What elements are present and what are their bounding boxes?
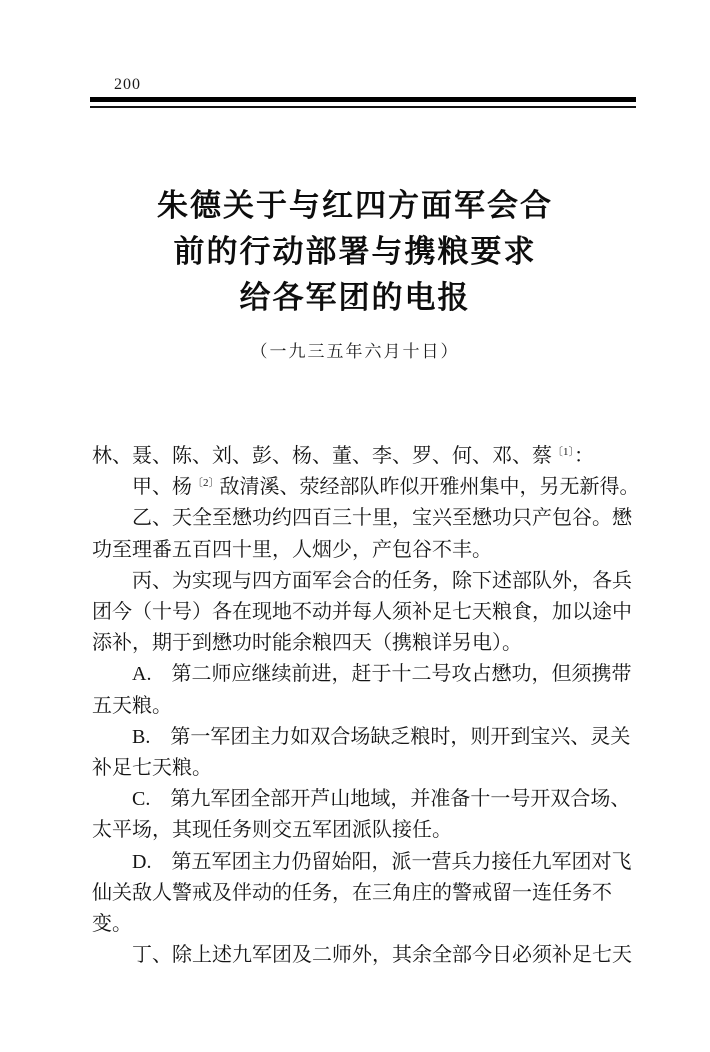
body-line-text: 林、聂、陈、刘、彭、杨、董、李、罗、何、邓、蔡: [92, 445, 552, 467]
body-line: C. 第九军团全部开芦山地域，并准备十一号开双合场、: [92, 784, 627, 815]
body-line: D. 第五军团主力仍留始阳，派一营兵力接任九军团对飞: [92, 847, 627, 878]
body-line: 补足七天粮。: [92, 753, 627, 784]
header-rule-thin: [90, 106, 636, 108]
document-title: 朱德关于与红四方面军会合 前的行动部署与携粮要求 给各军团的电报: [0, 0, 710, 321]
body-line-text: ：: [574, 445, 594, 467]
header-rule-thick: [90, 97, 636, 102]
body-line-text: 仙关敌人警戒及伴动的任务，在三角庄的警戒留一连任务不: [92, 882, 612, 904]
body-line: 仙关敌人警戒及伴动的任务，在三角庄的警戒留一连任务不: [92, 878, 627, 909]
footnote-marker: 〔2〕: [192, 477, 220, 489]
body-line-text: 敌清溪、荥经部队昨似开雅州集中，另无新得。: [220, 476, 640, 498]
body-line-text: D. 第五军团主力仍留始阳，派一营兵力接任九军团对飞: [132, 851, 631, 873]
body-line: 丙、为实现与四方面军会合的任务，除下述部队外，各兵: [92, 566, 627, 597]
body-line-text: 变。: [92, 913, 132, 935]
body-line: 团今（十号）各在现地不动并每人须补足七天粮食，加以途中: [92, 597, 627, 628]
body-line-text: 团今（十号）各在现地不动并每人须补足七天粮食，加以途中: [92, 601, 632, 623]
title-line-2: 前的行动部署与携粮要求: [0, 229, 710, 275]
body-line-text: A. 第二师应继续前进，赶于十二号攻占懋功，但须携带: [132, 663, 631, 685]
body-line-text: B. 第一军团主力如双合场缺乏粮时，则开到宝兴、灵关: [132, 726, 630, 748]
footnote-marker: 〔1〕: [552, 446, 574, 458]
body-text: 林、聂、陈、刘、彭、杨、董、李、罗、何、邓、蔡〔1〕：甲、杨〔2〕敌清溪、荥经部…: [92, 441, 627, 971]
body-line-text: 太平场，其现任务则交五军团派队接任。: [92, 819, 452, 841]
body-line: 甲、杨〔2〕敌清溪、荥经部队昨似开雅州集中，另无新得。: [92, 472, 627, 503]
page-number: 200: [114, 76, 141, 94]
body-line: 变。: [92, 909, 627, 940]
body-line: 太平场，其现任务则交五军团派队接任。: [92, 815, 627, 846]
body-line: 五天粮。: [92, 691, 627, 722]
document-date: （一九三五年六月十日）: [0, 337, 710, 362]
body-line: A. 第二师应继续前进，赶于十二号攻占懋功，但须携带: [92, 659, 627, 690]
body-line-text: 丙、为实现与四方面军会合的任务，除下述部队外，各兵: [132, 570, 632, 592]
title-line-1: 朱德关于与红四方面军会合: [0, 183, 710, 229]
body-line: 乙、天全至懋功约四百三十里，宝兴至懋功只产包谷。懋: [92, 503, 627, 534]
body-line-text: 丁、除上述九军团及二师外，其余全部今日必须补足七天: [132, 944, 632, 966]
title-line-3: 给各军团的电报: [0, 275, 710, 321]
body-line: 添补，期于到懋功时能余粮四天（携粮详另电）。: [92, 628, 627, 659]
body-line-text: 添补，期于到懋功时能余粮四天（携粮详另电）。: [92, 632, 522, 654]
body-line: 林、聂、陈、刘、彭、杨、董、李、罗、何、邓、蔡〔1〕：: [92, 441, 627, 472]
body-line-text: 甲、杨: [132, 476, 192, 498]
body-line: 功至理番五百四十里，人烟少，产包谷不丰。: [92, 535, 627, 566]
body-line: 丁、除上述九军团及二师外，其余全部今日必须补足七天: [92, 940, 627, 971]
body-line-text: 补足七天粮。: [92, 757, 212, 779]
body-line: B. 第一军团主力如双合场缺乏粮时，则开到宝兴、灵关: [92, 722, 627, 753]
body-line-text: 乙、天全至懋功约四百三十里，宝兴至懋功只产包谷。懋: [132, 507, 632, 529]
book-page: 200 朱德关于与红四方面军会合 前的行动部署与携粮要求 给各军团的电报 （一九…: [0, 0, 710, 1052]
body-line-text: 五天粮。: [92, 695, 172, 717]
body-line-text: 功至理番五百四十里，人烟少，产包谷不丰。: [92, 539, 492, 561]
body-line-text: C. 第九军团全部开芦山地域，并准备十一号开双合场、: [132, 788, 630, 810]
